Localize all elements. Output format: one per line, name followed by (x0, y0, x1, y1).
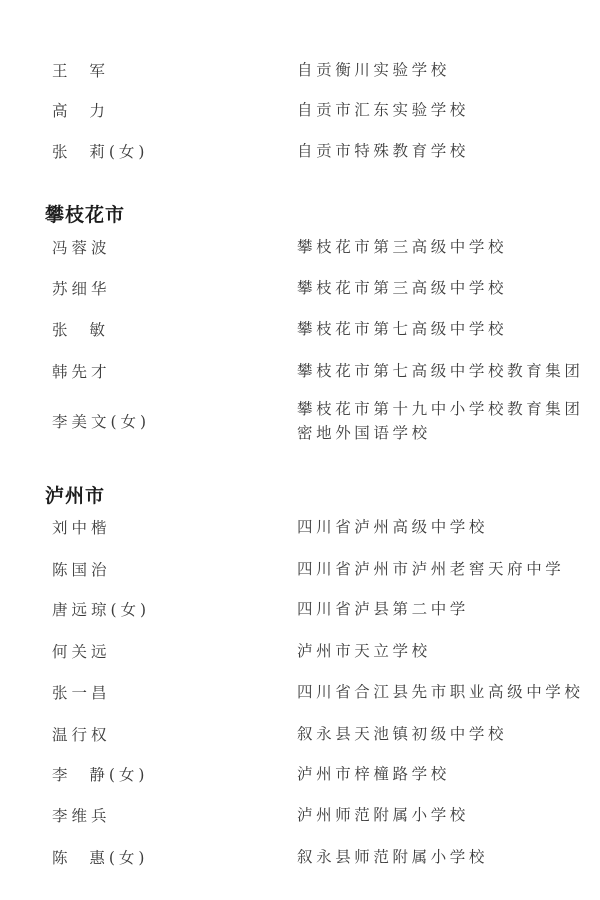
list-item: 刘中楷 四川省泸州高级中学校 (0, 515, 600, 539)
school-name: 四川省合江县先市职业高级中学校 (297, 680, 587, 704)
school-name: 自贡市特殊教育学校 (297, 139, 587, 163)
list-item: 温行权 叙永县天池镇初级中学校 (0, 722, 600, 746)
list-item: 韩先才 攀枝花市第七高级中学校教育集团 (0, 359, 600, 383)
person-name: 张 莉(女) (52, 140, 148, 162)
list-item: 苏细华 攀枝花市第三高级中学校 (0, 276, 600, 300)
person-name: 韩先才 (52, 360, 111, 382)
person-name: 李美文(女) (52, 410, 150, 432)
list-item: 张一昌 四川省合江县先市职业高级中学校 (0, 680, 600, 704)
person-name: 冯蓉波 (52, 236, 111, 258)
school-name: 泸州师范附属小学校 (297, 803, 587, 827)
school-name: 泸州市天立学校 (297, 639, 587, 663)
section-heading: 泸州市 (45, 481, 105, 508)
person-name: 李维兵 (52, 804, 111, 826)
person-name: 陈国治 (52, 558, 111, 580)
person-name: 苏细华 (52, 277, 111, 299)
school-name: 攀枝花市第十九中小学校教育集团 密地外国语学校 (297, 397, 587, 445)
school-name: 四川省泸县第二中学 (297, 597, 587, 621)
person-name: 温行权 (52, 723, 111, 745)
list-item: 陈 惠(女) 叙永县师范附属小学校 (0, 845, 600, 869)
list-item: 唐远琼(女) 四川省泸县第二中学 (0, 597, 600, 621)
list-item: 张 敏 攀枝花市第七高级中学校 (0, 317, 600, 341)
school-name: 攀枝花市第三高级中学校 (297, 276, 587, 300)
person-name: 张 敏 (52, 318, 109, 340)
school-name: 自贡市汇东实验学校 (297, 98, 587, 122)
list-item: 王 军 自贡衡川实验学校 (0, 58, 600, 82)
school-name: 泸州市梓橦路学校 (297, 762, 587, 786)
person-name: 刘中楷 (52, 516, 111, 538)
person-name: 李 静(女) (52, 763, 148, 785)
list-item: 陈国治 四川省泸州市泸州老窖天府中学 (0, 557, 600, 581)
school-name: 四川省泸州高级中学校 (297, 515, 587, 539)
school-name: 攀枝花市第七高级中学校教育集团 (297, 359, 587, 383)
person-name: 张一昌 (52, 681, 111, 703)
list-item: 何关远 泸州市天立学校 (0, 639, 600, 663)
list-item: 高 力 自贡市汇东实验学校 (0, 98, 600, 122)
school-name: 攀枝花市第三高级中学校 (297, 235, 587, 259)
list-item: 李 静(女) 泸州市梓橦路学校 (0, 762, 600, 786)
list-item: 李维兵 泸州师范附属小学校 (0, 803, 600, 827)
person-name: 陈 惠(女) (52, 846, 148, 868)
person-name: 高 力 (52, 99, 109, 121)
school-name: 四川省泸州市泸州老窖天府中学 (297, 557, 587, 581)
section-heading: 攀枝花市 (45, 200, 125, 227)
school-name: 叙永县师范附属小学校 (297, 845, 587, 869)
person-name: 唐远琼(女) (52, 598, 150, 620)
school-name: 叙永县天池镇初级中学校 (297, 722, 587, 746)
school-name: 自贡衡川实验学校 (297, 58, 587, 82)
list-item: 李美文(女) 攀枝花市第十九中小学校教育集团 密地外国语学校 (0, 397, 600, 445)
person-name: 何关远 (52, 640, 111, 662)
list-item: 张 莉(女) 自贡市特殊教育学校 (0, 139, 600, 163)
list-item: 冯蓉波 攀枝花市第三高级中学校 (0, 235, 600, 259)
person-name: 王 军 (52, 59, 109, 81)
school-name: 攀枝花市第七高级中学校 (297, 317, 587, 341)
